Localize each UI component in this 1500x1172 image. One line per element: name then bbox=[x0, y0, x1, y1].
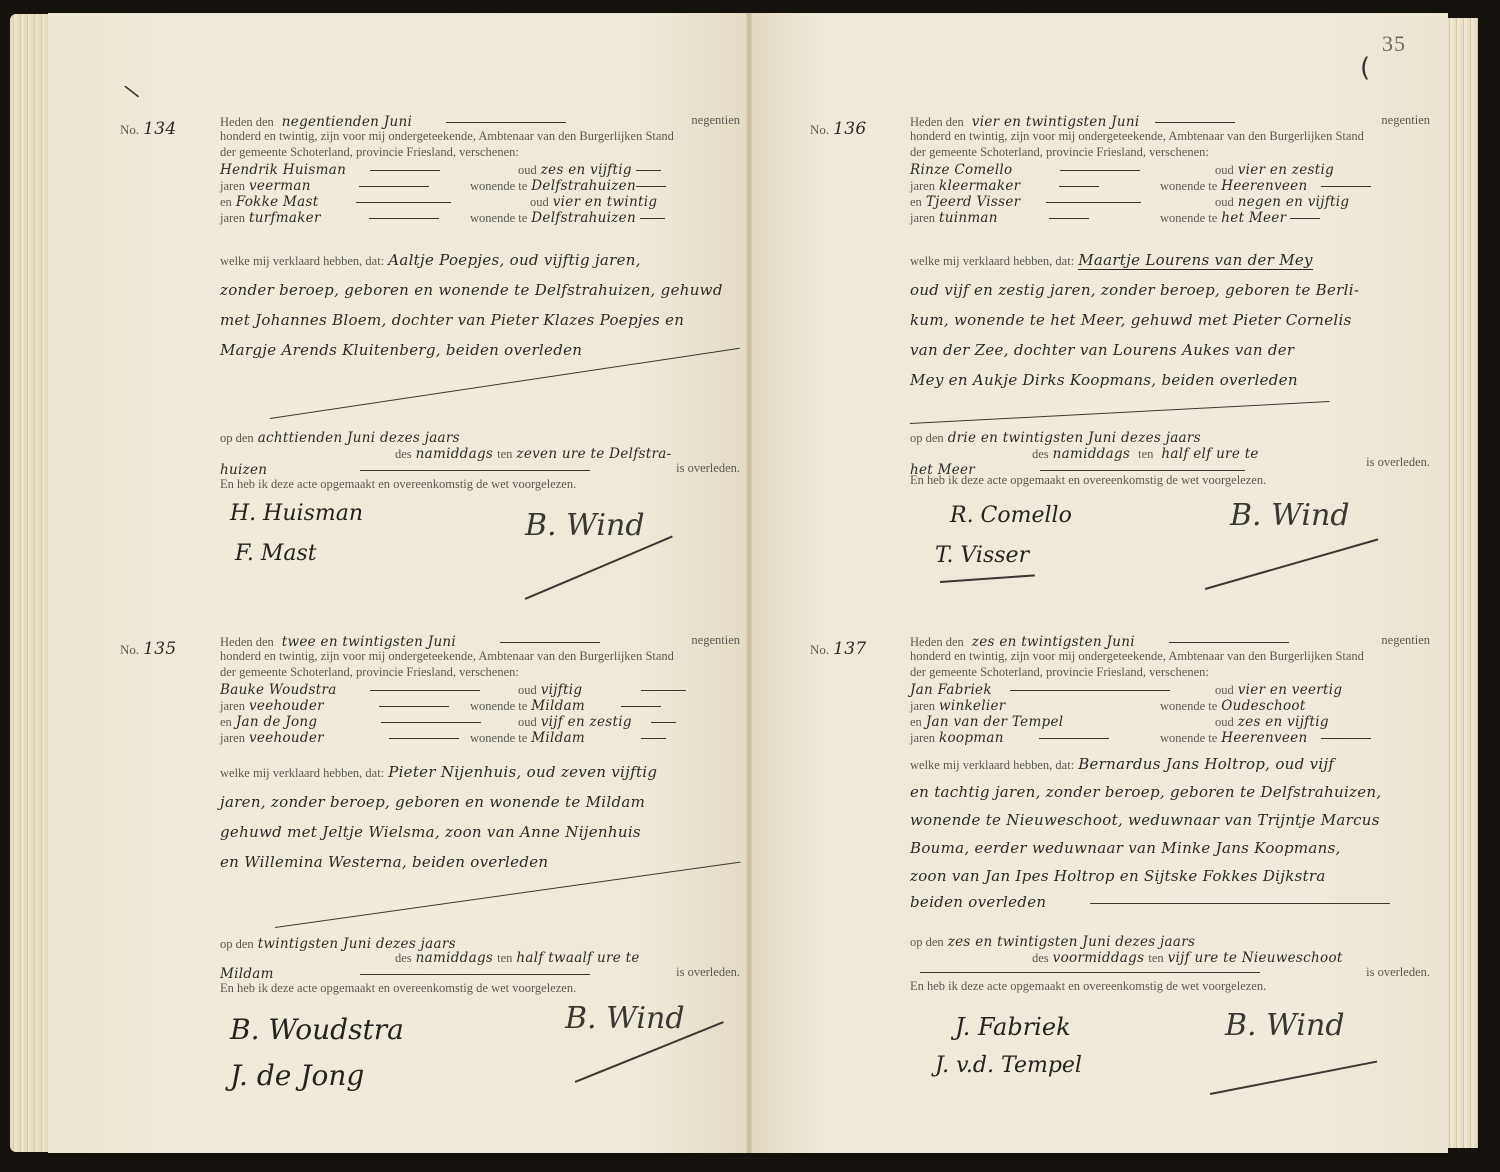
page-number: 35 bbox=[1382, 31, 1406, 57]
declaration-line: zonder beroep, geboren en wonende te Del… bbox=[220, 281, 723, 299]
witness1-name: Bauke Woudstra bbox=[220, 682, 370, 698]
record-number: No.136 bbox=[810, 119, 867, 139]
witness1-name: Rinze Comello bbox=[910, 162, 1060, 178]
death-place: huizen bbox=[220, 462, 360, 478]
witness1-occupation: veehouder bbox=[249, 698, 379, 714]
pencil-mark: \ bbox=[122, 79, 141, 103]
time-of-day: namiddags bbox=[416, 446, 493, 462]
death-time: half elf ure te bbox=[1161, 446, 1258, 462]
witness1-age: vijftig bbox=[541, 682, 641, 698]
right-page: 35 ( No.136 Heden den vier en twintigste… bbox=[752, 13, 1448, 1153]
witness2-residence: het Meer bbox=[1221, 210, 1286, 226]
official-signature: B. Wind bbox=[525, 508, 645, 543]
death-date: drie en twintigsten Juni dezes jaars bbox=[948, 430, 1201, 446]
left-page: \ No.134 Heden den negentienden Juni neg… bbox=[48, 13, 748, 1153]
witness1-name: Jan Fabriek bbox=[910, 682, 1010, 698]
witness2-residence: Mildam bbox=[531, 730, 641, 746]
declaration-line: zoon van Jan Ipes Holtrop en Sijtske Fok… bbox=[910, 867, 1326, 885]
record-number: No.135 bbox=[120, 639, 177, 659]
declaration-line: Mey en Aukje Dirks Koopmans, beiden over… bbox=[910, 371, 1298, 389]
death-time: half twaalf ure te bbox=[516, 950, 639, 966]
declaration-line: van der Zee, dochter van Lourens Aukes v… bbox=[910, 341, 1294, 359]
declaration-line: jaren, zonder beroep, geboren en wonende… bbox=[220, 793, 645, 811]
time-of-day: namiddags bbox=[416, 950, 493, 966]
witness2-occupation: veehouder bbox=[249, 730, 389, 746]
declaration-line: wonende te Nieuweschoot, weduwnaar van T… bbox=[910, 811, 1380, 829]
death-date: zes en twintigsten Juni dezes jaars bbox=[948, 934, 1196, 950]
witness2-name: Jan van der Tempel bbox=[926, 714, 1146, 730]
declaration-line: Margje Arends Kluitenberg, beiden overle… bbox=[220, 341, 582, 359]
page-edges-right bbox=[1446, 18, 1478, 1148]
witness1-occupation: winkelier bbox=[939, 698, 1059, 714]
witness2-name: Fokke Mast bbox=[236, 194, 356, 210]
witness-signature: J. de Jong bbox=[230, 1059, 364, 1092]
declaration-line: beiden overleden bbox=[910, 893, 1090, 911]
witness1-age: vier en zestig bbox=[1238, 162, 1334, 178]
official-signature: B. Wind bbox=[1225, 1008, 1345, 1043]
witness-signature: T. Visser bbox=[935, 543, 1029, 568]
witness1-residence: Delfstrahuizen bbox=[531, 178, 636, 194]
witness2-occupation: tuinman bbox=[939, 210, 1049, 226]
witness1-occupation: kleermaker bbox=[939, 178, 1059, 194]
witness-signature: J. v.d. Tempel bbox=[935, 1053, 1082, 1078]
death-time: zeven ure te Delfstra- bbox=[516, 446, 671, 462]
witness2-age: negen en vijftig bbox=[1238, 194, 1350, 210]
death-record-134: No.134 Heden den negentienden Juni negen… bbox=[120, 113, 740, 603]
record-number: No.137 bbox=[810, 639, 867, 659]
witness1-residence: Heerenveen bbox=[1221, 178, 1321, 194]
declaration-line: Bernardus Jans Holtrop, oud vijf bbox=[1078, 755, 1334, 773]
witness-signature: F. Mast bbox=[235, 541, 317, 566]
witness2-occupation: turfmaker bbox=[249, 210, 369, 226]
witness2-residence: Delfstrahuizen bbox=[531, 210, 636, 226]
witness-signature: B. Woudstra bbox=[230, 1013, 404, 1046]
page-edges-left bbox=[10, 14, 50, 1152]
declaration-line: en tachtig jaren, zonder beroep, geboren… bbox=[910, 783, 1381, 801]
witness1-occupation: veerman bbox=[249, 178, 359, 194]
witness1-residence: Mildam bbox=[531, 698, 621, 714]
official-signature: B. Wind bbox=[1230, 498, 1350, 533]
declaration-line: en Willemina Westerna, beiden overleden bbox=[220, 853, 548, 871]
witness2-residence: Heerenveen bbox=[1221, 730, 1321, 746]
declaration-line: gehuwd met Jeltje Wielsma, zoon van Anne… bbox=[220, 823, 641, 841]
death-record-135: No.135 Heden den twee en twintigsten Jun… bbox=[120, 633, 740, 1123]
witness1-name: Hendrik Huisman bbox=[220, 162, 370, 178]
death-record-136: No.136 Heden den vier en twintigsten Jun… bbox=[810, 113, 1430, 603]
record-date: twee en twintigsten Juni bbox=[282, 634, 456, 650]
witness2-age: vier en twintig bbox=[553, 194, 658, 210]
official-signature: B. Wind bbox=[565, 1001, 685, 1036]
record-date: vier en twintigsten Juni bbox=[972, 114, 1140, 130]
declaration-line: Aaltje Poepjes, oud vijftig jaren, bbox=[388, 251, 641, 269]
declaration-line: Pieter Nijenhuis, oud zeven vijftig bbox=[388, 763, 657, 781]
witness2-name: Tjeerd Visser bbox=[926, 194, 1046, 210]
witness1-residence: Oudeschoot bbox=[1221, 698, 1305, 714]
record-date: zes en twintigsten Juni bbox=[972, 634, 1135, 650]
witness-signature: R. Comello bbox=[950, 503, 1072, 528]
witness2-occupation: koopman bbox=[939, 730, 1039, 746]
record-number: No.134 bbox=[120, 119, 177, 139]
witness1-age: zes en vijftig bbox=[541, 162, 632, 178]
open-register-book: \ No.134 Heden den negentienden Juni neg… bbox=[10, 8, 1478, 1160]
declaration-line: Maartje Lourens van der Mey bbox=[1078, 251, 1313, 270]
witness2-age: vijf en zestig bbox=[541, 714, 651, 730]
declaration-line: met Johannes Bloem, dochter van Pieter K… bbox=[220, 311, 684, 329]
death-place: Mildam bbox=[220, 966, 360, 982]
record-date: negentienden Juni bbox=[282, 114, 412, 130]
witness1-age: vier en veertig bbox=[1238, 682, 1343, 698]
declaration-line: oud vijf en zestig jaren, zonder beroep,… bbox=[910, 281, 1359, 299]
witness2-age: zes en vijftig bbox=[1238, 714, 1329, 730]
declaration-line: kum, wonende te het Meer, gehuwd met Pie… bbox=[910, 311, 1352, 329]
witness-signature: H. Huisman bbox=[230, 501, 363, 526]
death-date: achttienden Juni dezes jaars bbox=[258, 430, 460, 446]
declaration-line: Bouma, eerder weduwnaar van Minke Jans K… bbox=[910, 839, 1341, 857]
time-of-day: namiddags bbox=[1053, 446, 1130, 462]
pencil-mark: ( bbox=[1360, 53, 1370, 83]
witness-signature: J. Fabriek bbox=[955, 1013, 1071, 1041]
death-record-137: No.137 Heden den zes en twintigsten Juni… bbox=[810, 633, 1430, 1123]
witness2-name: Jan de Jong bbox=[236, 714, 381, 730]
